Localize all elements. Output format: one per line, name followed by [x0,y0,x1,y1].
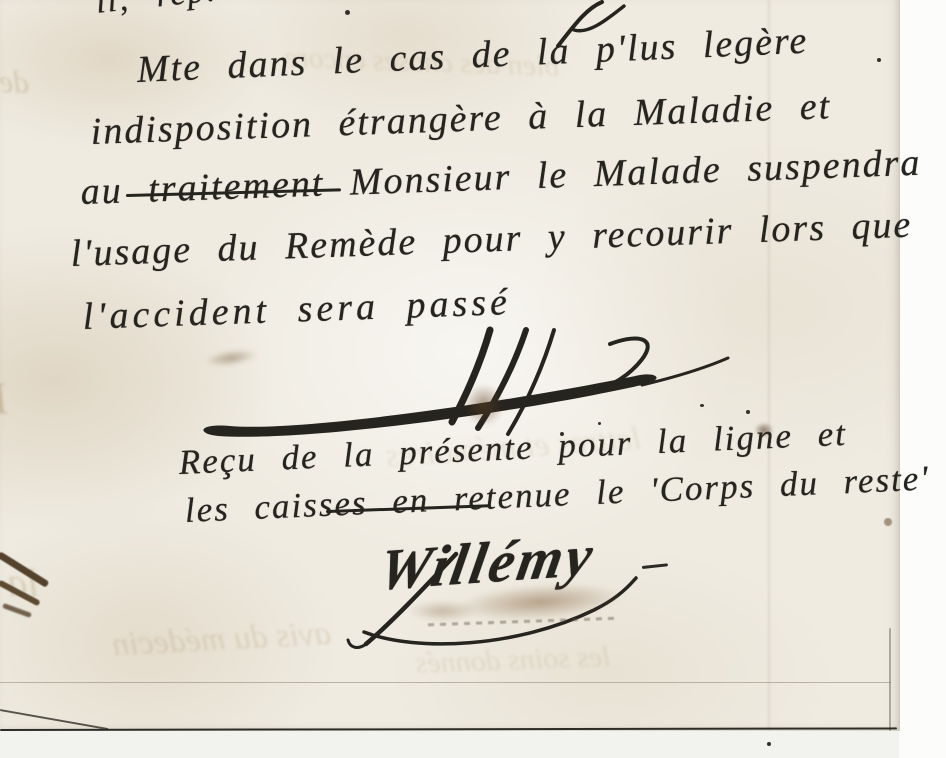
scan-background-right [900,0,946,758]
ink-smudge [884,518,892,526]
ink-speck [877,58,881,62]
ink-speck [746,410,750,414]
sepia-smear-under-signature [408,600,478,622]
ink-smudge [754,422,774,438]
ink-speck [700,404,704,407]
ink-speck [598,422,601,425]
scanned-letter: nous avons reçu la lettre de la maison d… [0,0,946,758]
ink-speck [560,432,564,436]
under-sheet-strip [0,731,899,758]
ink-speck [767,742,771,746]
ink-speck [345,10,350,15]
ink-smudge [464,384,504,426]
under-sheet-top-edge [0,682,891,683]
under-sheet-right-edge [889,628,891,731]
